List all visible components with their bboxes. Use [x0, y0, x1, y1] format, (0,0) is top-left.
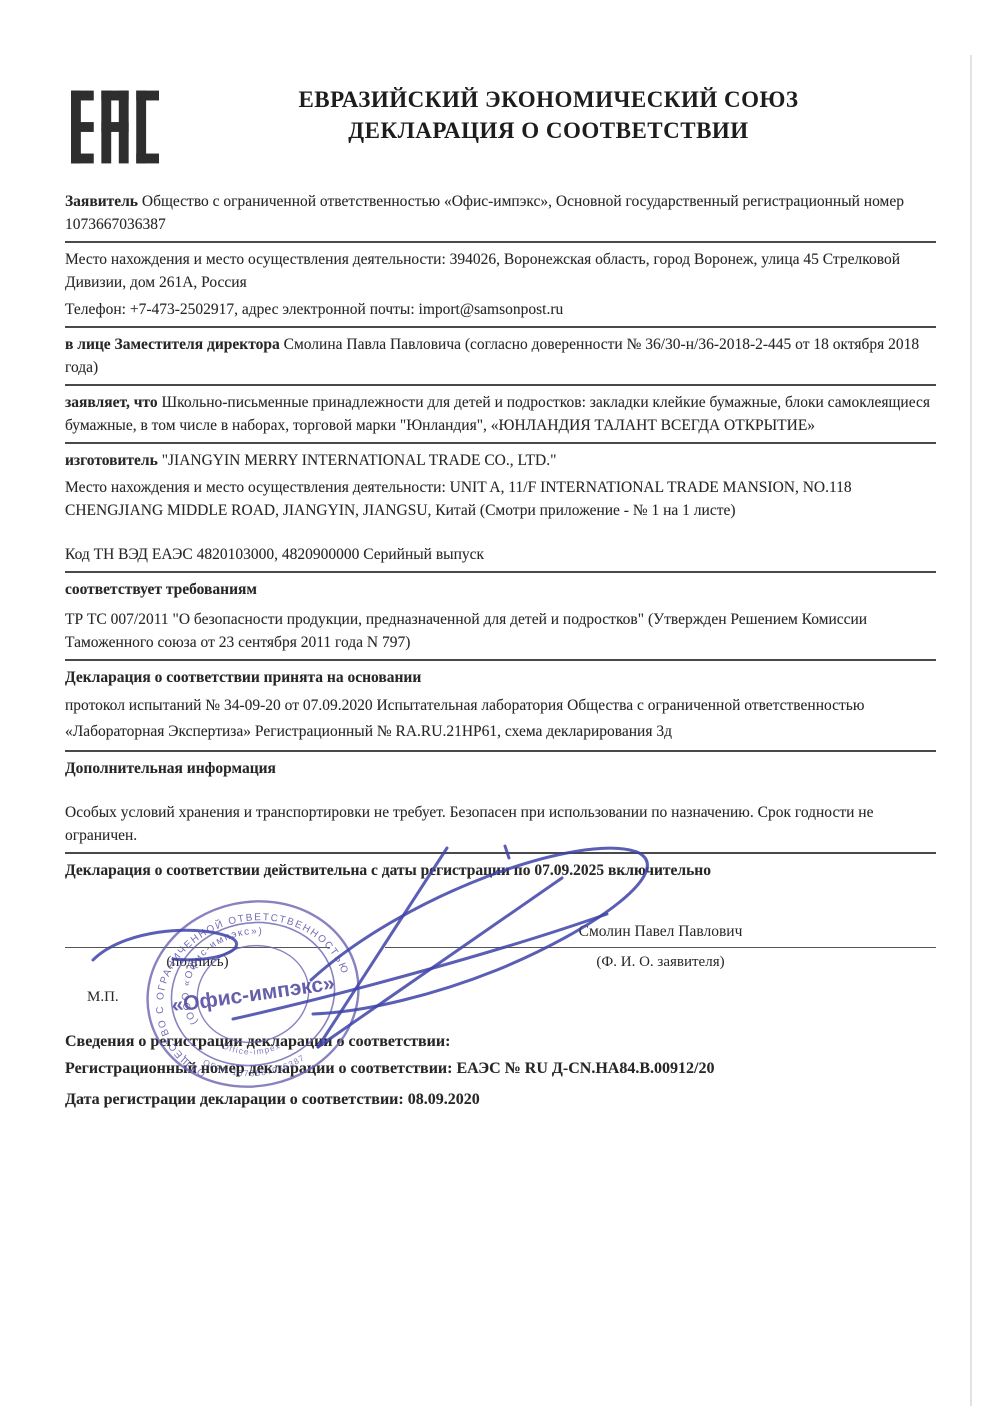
applicant-phone-line: Телефон: +7-473-2502917, адрес электронн… [65, 298, 936, 325]
section-divider [65, 384, 936, 386]
additional-info-text: Особых условий хранения и транспортировк… [65, 798, 936, 851]
representative-section: в лице Заместителя директора Смолина Пав… [65, 330, 936, 383]
registration-date-line: Дата регистрации декларации о соответств… [65, 1086, 936, 1113]
declarant-name: Смолин Павел Павлович [385, 920, 936, 947]
document-header: ЕВРАЗИЙСКИЙ ЭКОНОМИЧЕСКИЙ СОЮЗ ДЕКЛАРАЦИ… [65, 84, 936, 175]
applicant-text: Общество с ограниченной ответственностью… [65, 193, 904, 233]
manufacturer-name: "JIANGYIN MERRY INTERNATIONAL TRADE CO.,… [158, 452, 557, 469]
manufacturer-section: изготовитель "JIANGYIN MERRY INTERNATION… [65, 446, 936, 476]
signature-block: (подпись) М.П. Смолин Павел Павлович (Ф.… [65, 894, 936, 1026]
basis-text: протокол испытаний № 34-09-20 от 07.09.2… [65, 693, 936, 749]
section-divider [65, 326, 936, 328]
additional-info-heading: Дополнительная информация [65, 754, 936, 784]
tnved-code-line: Код ТН ВЭД ЕАЭС 4820103000, 4820900000 С… [65, 540, 936, 570]
doc-title-declaration: ДЕКЛАРАЦИЯ О СООТВЕТСТВИИ [161, 115, 936, 146]
applicant-label: Заявитель [65, 193, 138, 210]
applicant-address-line1: Место нахождения и место осуществления д… [65, 245, 936, 298]
declared-products-section: заявляет, что Школьно-письменные принадл… [65, 388, 936, 441]
eac-mark-icon [71, 84, 159, 170]
scan-edge-artifact [970, 55, 972, 1406]
doc-title-union: ЕВРАЗИЙСКИЙ ЭКОНОМИЧЕСКИЙ СОЮЗ [161, 84, 936, 115]
stamp-place-label: М.П. [87, 989, 330, 1006]
declares-text: Школьно-письменные принадлежности для де… [65, 394, 930, 434]
section-divider [65, 659, 936, 661]
registration-heading: Сведения о регистрации декларации о соот… [65, 1028, 936, 1055]
registration-number-line: Регистрационный номер декларации о соотв… [65, 1055, 936, 1082]
applicant-section: Заявитель Общество с ограниченной ответс… [65, 187, 936, 240]
eac-logo [65, 84, 161, 175]
registration-section: Сведения о регистрации декларации о соот… [65, 1028, 936, 1113]
validity-line: Декларация о соответствии действительна … [65, 856, 936, 886]
declares-label: заявляет, что [65, 394, 158, 411]
conforms-text: ТР ТС 007/2011 "О безопасности продукции… [65, 605, 936, 658]
representative-label: в лице Заместителя директора [65, 336, 280, 353]
conforms-heading: соответствует требованиям [65, 575, 936, 605]
declaration-document: ЕВРАЗИЙСКИЙ ЭКОНОМИЧЕСКИЙ СОЮЗ ДЕКЛАРАЦИ… [0, 0, 1000, 1414]
signature-caption: (подпись) [65, 948, 330, 973]
basis-heading: Декларация о соответствии принята на осн… [65, 663, 936, 693]
manufacturer-address: Место нахождения и место осуществления д… [65, 476, 936, 526]
manufacturer-label: изготовитель [65, 452, 158, 469]
section-divider [65, 241, 936, 243]
declarant-name-caption: (Ф. И. О. заявителя) [385, 948, 936, 973]
section-divider [65, 571, 936, 573]
section-divider [65, 852, 936, 854]
section-divider [65, 750, 936, 752]
section-divider [65, 442, 936, 444]
